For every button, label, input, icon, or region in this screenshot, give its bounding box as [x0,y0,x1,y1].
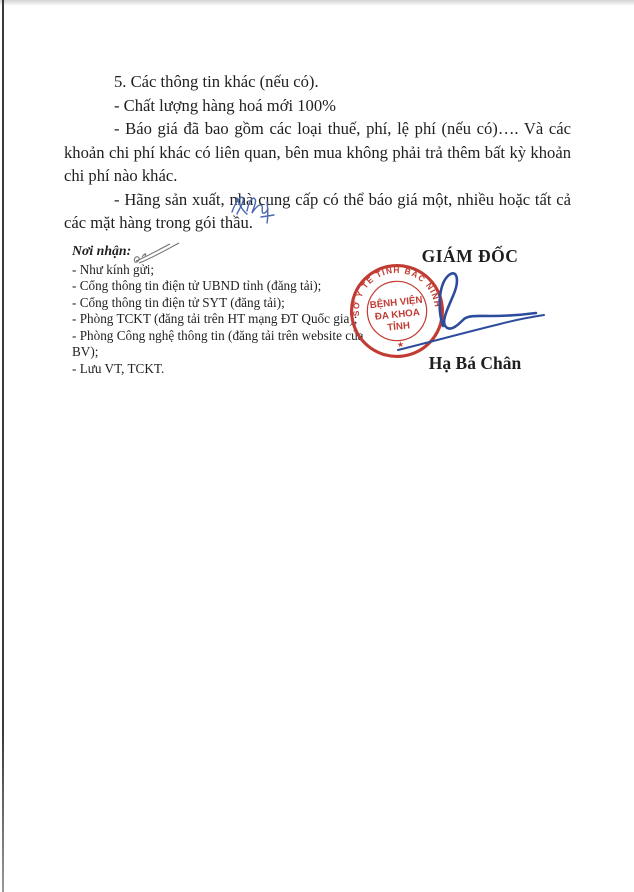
recipient-item: - Cổng thông tin điện tử UBND tỉnh (đăng… [72,278,382,295]
recipient-item: - Như kính gửi; [72,262,382,279]
recipient-item: - Cổng thông tin điện tử SYT (đăng tải); [72,295,382,312]
price-line: - Báo giá đã bao gồm các loại thuế, phí,… [64,117,571,188]
recipient-item: - Phòng Công nghệ thông tin (đăng tải tr… [72,328,382,361]
recipient-item: - Lưu VT, TCKT. [72,361,382,378]
pencil-scribble-icon [130,239,182,265]
initials-paraph-mark [226,189,278,227]
pencil-scribble-mark [130,239,182,265]
scan-left-edge-line [2,0,4,892]
scan-top-shading [0,0,634,6]
recipients-label: Nơi nhận: [72,243,382,260]
director-signature-icon [385,258,553,360]
other-info-heading: 5. Các thông tin khác (nếu có). [64,70,571,94]
quality-line: - Chất lượng hàng hoá mới 100% [64,94,571,118]
director-signature-mark [385,258,553,360]
scanned-document-page: { "paragraphs": { "other_info_heading": … [0,0,634,892]
recipients-block: Nơi nhận: - Như kính gửi; - Cổng thông t… [72,243,382,377]
document-body: 5. Các thông tin khác (nếu có). - Chất l… [64,70,571,235]
recipient-item: - Phòng TCKT (đăng tải trên HT mạng ĐT Q… [72,311,382,328]
initials-paraph-icon [226,189,278,227]
vendor-line: - Hãng sản xuất, nhà cung cấp có thể báo… [64,188,571,235]
